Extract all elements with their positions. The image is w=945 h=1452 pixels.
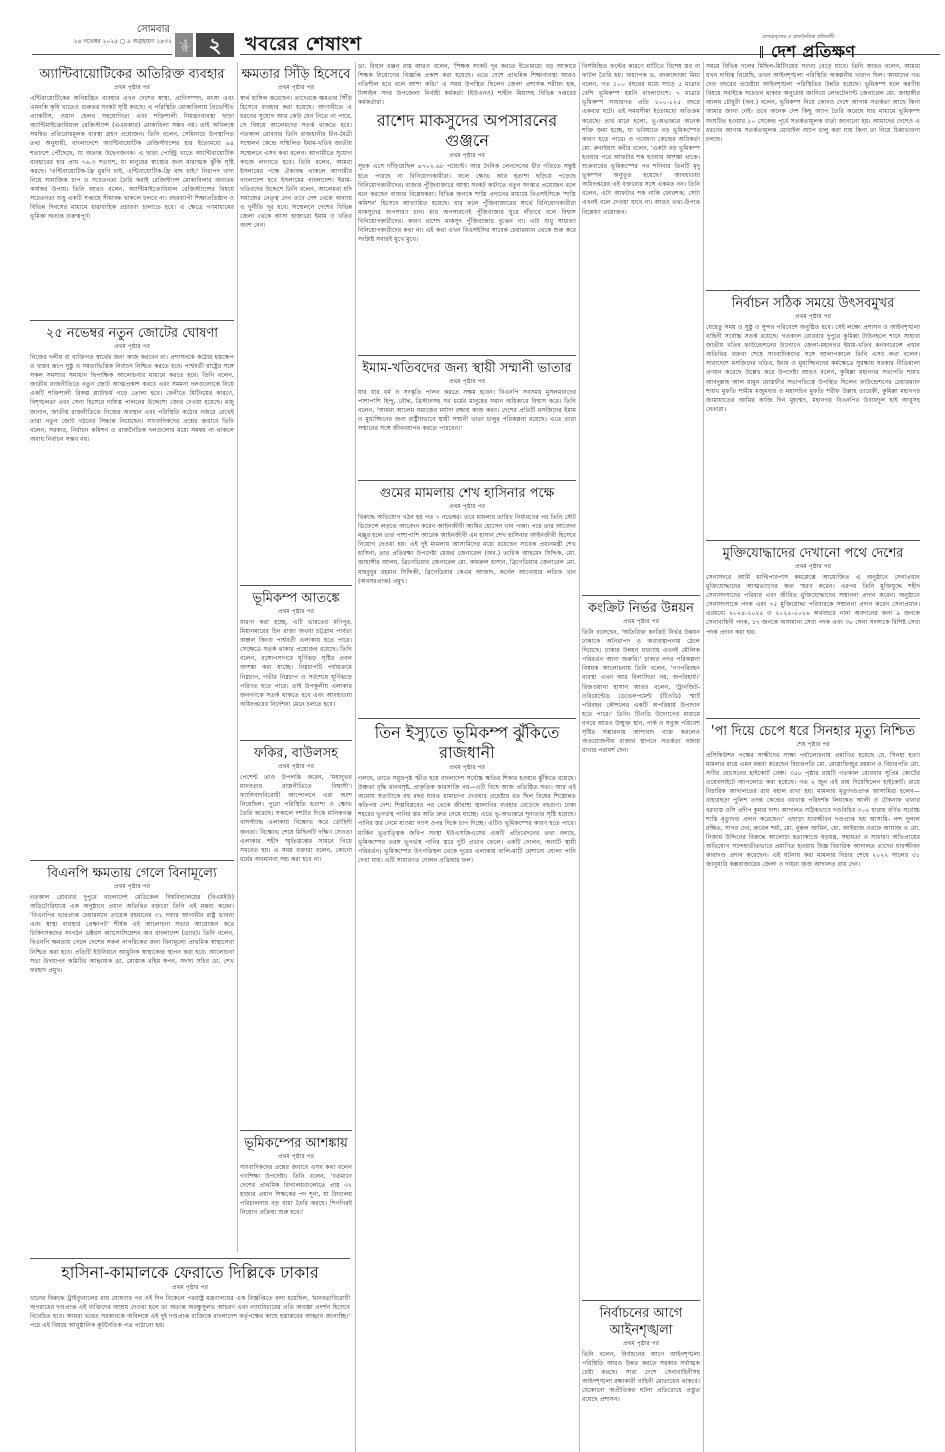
article-new-alliance: ২৫ নভেম্বর নতুন জোটের ঘোষণা প্রথম পৃষ্ঠা… [30,320,234,860]
article-body: বিরুদ্ধে অভিযোগ গঠন হয় গত ৭ নভেম্বর। তব… [358,513,576,586]
headline: হাসিনা-কামালকে ফেরাতে দিল্লিকে ঢাকার [30,1263,350,1283]
column-divider [237,62,238,1252]
article-body: স্বার্থ হাসিল করেছেন। তাদেরকে ক্ষমতার সি… [240,94,352,230]
headline: ভূমিকম্প আতঙ্কে [240,590,352,607]
kicker: প্রথম পৃষ্ঠার পর [706,562,920,571]
kicker: প্রথম পৃষ্ঠার পর [358,502,576,511]
article-body: পেশেন্ট তাও উপলব্ধি করেন, 'মহানুভব মানবত… [240,773,352,864]
article-body: সময়ে বিভিন্ন দলের মিছিল-মিটিংয়ের সংখ্য… [706,62,920,144]
kicker: প্রথম পৃষ্ঠার পর [30,1283,350,1292]
kicker: প্রথম পৃষ্ঠার পর [240,762,352,771]
headline: তিন ইস্যুতে ভূমিকম্প ঝুঁকিতে রাজধানী [358,723,576,763]
logo-mark-icon [760,46,770,58]
article-body-continued: ডা. বিধান রঞ্জন রায় আরও বলেন, 'শিক্ষক স… [358,62,576,107]
article-body: নিজের দলীয় বা ব্যক্তিগত স্বার্থের জন্য … [30,353,234,444]
article-hasina-case: গুমের মামলায় শেখ হাসিনার পক্ষে প্রথম পৃ… [358,480,576,715]
kicker: প্রথম পৃষ্ঠার পর [358,377,576,386]
column-divider [579,62,580,1452]
article-imam-honorarium: ইমাম-খতিবদের জন্য স্থায়ী সম্মানী ভাতার … [358,355,576,480]
article-ladder: ক্ষমতার সিঁড়ি হিসেবে প্রথম পৃষ্ঠার পর স… [240,62,352,582]
kicker: শেষ পৃষ্ঠার পর [706,740,920,749]
kicker: প্রথম পৃষ্ঠার পর [358,151,576,160]
headline: ভূমিকম্পের আশঙ্কায় [240,1135,352,1152]
article-fakir-baul: ফকির, বাউলসহ প্রথম পৃষ্ঠার পর পেশেন্ট তা… [240,740,352,1080]
kicker: প্রথম পৃষ্ঠার পর [30,342,234,351]
article-body: প্রসিকিউশন পক্ষের সাক্ষীদের সাক্ষ্য পর্য… [706,751,920,869]
kicker: প্রথম পৃষ্ঠার পর [240,83,352,92]
logo-text: দেশ প্রতিক্ষণ [771,42,856,61]
kicker: প্রথম পৃষ্ঠার পর [358,763,576,772]
article-body: বিসমিশ্রিত ফল্টের কারণে মাটিতে বিশেষ স্ত… [582,62,700,217]
article-body: যার যার ধর্ম ও সংস্কৃতি পালন করতে সক্ষম … [358,388,576,433]
article-hasina-kamal: হাসিনা-কামালকে ফেরাতে দিল্লিকে ঢাকার প্র… [30,1258,350,1448]
article-body: গতকাল রোববার দুপুরে বাংলাদেশ মেডিকেল বিশ… [30,893,234,975]
headline: নির্বাচনের আগে আইনশৃঙ্খলা [582,1305,700,1339]
article-body: সূচক এসে দাঁড়িয়েছিল ৪৭০২.৬৮ পয়েন্টে। … [358,162,576,244]
article-festive-election: নির্বাচন সঠিক সময়ে উৎসবমুখর প্রথম পৃষ্ঠ… [706,290,920,540]
article-bnp-free: বিএনপি ক্ষমতায় গেলে বিনামূল্যে প্রথম পৃ… [30,860,234,1240]
article-body: খানের বিরুদ্ধে ট্রাইব্যুনালের রায় ঘোষণা… [30,1294,350,1330]
article-body: তিনি বলেন, নির্বাচনের আগে আইনশৃঙ্খলা পরি… [582,1350,700,1405]
headline: রাশেদ মাকসুদের অপসারনের গুঞ্জনে [358,111,576,151]
kicker: প্রথম পৃষ্ঠার পর [30,882,234,891]
article-concrete-development: কংক্রিট নির্ভর উন্নয়ন প্রথম পৃষ্ঠার পর … [582,595,700,1035]
kicker: প্রথম পৃষ্ঠার পর [706,312,920,321]
article-earthquake-science: বিসমিশ্রিত ফল্টের কারণে মাটিতে বিশেষ স্ত… [582,62,700,592]
column-divider [355,62,356,1452]
headline: কংক্রিট নির্ভর উন্নয়ন [582,600,700,617]
article-body: এন্টিবায়োটিকের অনিয়ন্ত্রিত ব্যবহার এখন… [30,94,234,221]
article-election-law-order: নির্বাচনের আগে আইনশৃঙ্খলা প্রথম পৃষ্ঠার … [582,1300,700,1450]
kicker: প্রথম পৃষ্ঠার পর [240,607,352,616]
page-tag: পৃষ্ঠা [175,33,193,57]
article-body: তিনি বলেছেন, 'অতিরিক্ত কংক্রিট নির্ভর উন… [582,628,700,755]
headline: বিএনপি ক্ষমতায় গেলে বিনামূল্যে [30,865,234,882]
article-body: যেহেতু সময় ও সুষ্ঠু ও সুন্দর পরিবেশে অন… [706,323,920,414]
article-earthquake-panic: ভূমিকম্প আতঙ্কে প্রথম পৃষ্ঠার পর ধারণা ক… [240,585,352,740]
article-rashed-maksud: ডা. বিধান রঞ্জন রায় আরও বলেন, 'শিক্ষক স… [358,62,576,352]
headline: 'পা দিয়ে চেপে ধরে সিনহার মৃত্যু নিশ্চিত [706,723,920,740]
article-sinha-murder: 'পা দিয়ে চেপে ধরে সিনহার মৃত্যু নিশ্চিত… [706,718,920,1448]
kicker: প্রথম পৃষ্ঠার পর [582,1339,700,1348]
page-number: ২ [196,33,234,57]
headline: ফকির, বাউলসহ [240,745,352,762]
article-three-issues: তিন ইস্যুতে ভূমিকম্প ঝুঁকিতে রাজধানী প্র… [358,718,576,1448]
headline: গুমের মামলায় শেখ হাসিনার পক্ষে [358,485,576,502]
article-body: সাংবাদিকদের প্রশ্নের জবাবে এসব কথা বলেন … [240,1163,352,1218]
column-divider [703,62,704,1452]
article-antibiotic: অ্যান্টিবায়োটিকের অতিরিক্ত ব্যবহার প্রথ… [30,62,234,310]
issue-date: ২৪ নভেম্বর ২০২৫ ◻ ৯ অগ্রহায়ণ ১৪৩২ [40,36,172,47]
headline: অ্যান্টিবায়োটিকের অতিরিক্ত ব্যবহার [30,66,234,83]
article-earthquake-fear: ভূমিকম্পের আশঙ্কায় প্রথম পৃষ্ঠার পর সাং… [240,1130,352,1258]
headline: ২৫ নভেম্বর নতুন জোটের ঘোষণা [30,325,234,342]
article-law-order-continued: সময়ে বিভিন্ন দলের মিছিল-মিটিংয়ের সংখ্য… [706,62,920,287]
section-title: খবরের শেষাংশ [245,30,362,62]
article-body: সেনাসদরে আর্মি মাল্টিপারপাস কমপ্লেক্সে আ… [706,573,920,637]
headline: ক্ষমতার সিঁড়ি হিসেবে [240,66,352,83]
headline: ইমাম-খতিবদের জন্য স্থায়ী সম্মানী ভাতার [358,360,576,377]
headline: মুক্তিযোদ্ধাদের দেখানো পথে দেশের [706,545,920,562]
kicker: প্রথম পৃষ্ঠার পর [30,83,234,92]
article-freedom-fighters: মুক্তিযোদ্ধাদের দেখানো পথে দেশের প্রথম প… [706,540,920,715]
kicker: প্রথম পৃষ্ঠার পর [582,617,700,626]
headline: নির্বাচন সঠিক সময়ে উৎসবমুখর [706,295,920,312]
masthead-rule [32,54,172,55]
masthead: সোমবার ২৪ নভেম্বর ২০২৫ ◻ ৯ অগ্রহায়ণ ১৪৩… [0,0,945,60]
article-body: ধারণা করা হচ্ছে, এটি ভারতের মণিপুর, মিয়… [240,618,352,709]
kicker: প্রথম পৃষ্ঠার পর [240,1152,352,1161]
article-body: গলছে, তাতে সমুদ্রপৃষ্ঠ স্ফীত হয়ে বাংলাদ… [358,774,576,865]
